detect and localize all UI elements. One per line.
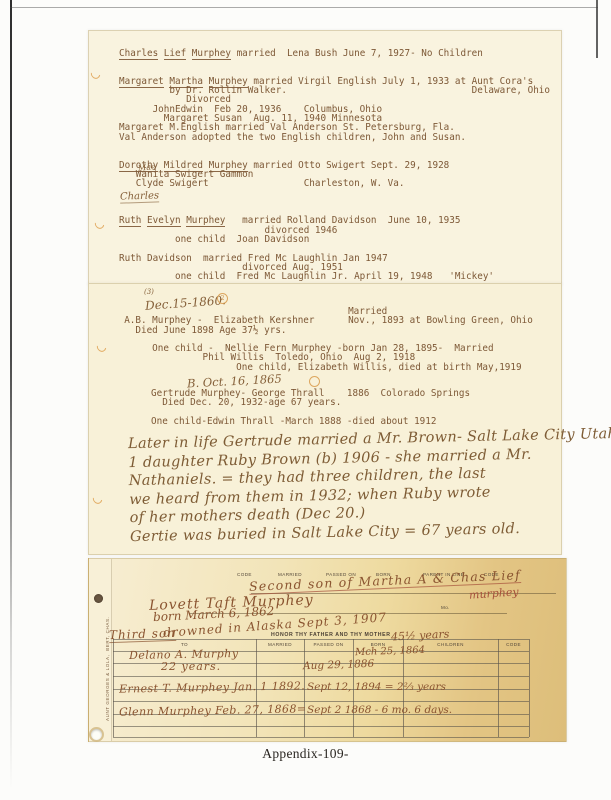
- hole-punch-icon: [94, 594, 103, 603]
- handwritten-superscript: (3): [144, 288, 154, 296]
- smudge-mark-icon: [95, 340, 108, 353]
- table-rule: [529, 639, 530, 737]
- typed-thrall-text: Gertrude Murphey- George Thrall 1886 Col…: [151, 389, 470, 426]
- table-row-ernest-name: Ernest T. Murphey Jan. 1 1892.: [119, 679, 305, 695]
- table-rule: [113, 737, 529, 738]
- scan-border-top: [10, 7, 598, 8]
- text-line: Val Anderson adopted the two English chi…: [119, 133, 550, 142]
- text-line: one child Fred Mc Laughlin Jr. April 19,…: [119, 272, 550, 281]
- index-card-murphey-children: Charles Lief Murphey married Lena Bush J…: [88, 30, 562, 285]
- form-card-lovett-taft-murphey: AUNT GEORGES & LOLA, BERT, CHAS. CODE MA…: [88, 558, 567, 742]
- column-header-passed-on: PASSED ON: [304, 642, 353, 647]
- text-line: Died June 1898 Age 37½ yrs.: [113, 326, 533, 335]
- typed-murphey-kershner-text: Married A.B. Murphey - Elizabeth Kershne…: [113, 307, 533, 372]
- handwritten-third-son: Third son: [109, 626, 176, 643]
- typed-genealogy-text: Charles Lief Murphey married Lena Bush J…: [119, 49, 550, 281]
- table-row-glenn-passed: Sept 2 1868 - 6 mo. 6 days.: [307, 704, 452, 716]
- column-header-married: MARRIED: [256, 642, 304, 647]
- table-rule: [113, 726, 529, 727]
- table-row-delano-born: Mch 25, 1864: [355, 645, 425, 658]
- smudge-mark-icon: [91, 492, 104, 505]
- table-rule: [113, 639, 529, 640]
- circled-number-icon: 2: [217, 293, 228, 304]
- form-motto: HONOR THY FATHER AND THY MOTHER: [271, 632, 391, 638]
- smudge-mark-icon: [93, 217, 106, 230]
- circled-mark-icon: [309, 376, 320, 387]
- scan-border-right: [596, 0, 598, 58]
- text-line: One child-Edwin Thrall -March 1888 -died…: [151, 417, 470, 426]
- handwritten-surname: murphey: [469, 585, 519, 601]
- column-header-code: CODE: [498, 642, 529, 647]
- table-row-ernest-passed: Sept 12, 1894 = 2⅔ years: [307, 681, 446, 693]
- table-rule: [498, 639, 499, 737]
- text-line: one child Joan Davidson: [119, 235, 550, 244]
- text-line: One child, Elizabeth Willis, died at bir…: [113, 363, 533, 372]
- scan-border-left: [10, 0, 12, 790]
- index-card-murphey-kershner-thrall: (3) Dec.15-1860. 2 Married A.B. Murphey …: [88, 283, 562, 555]
- table-row-glenn-name: Glenn Murphey Feb. 27, 1868=: [119, 702, 307, 718]
- table-row-delano-age: 22 years.: [161, 660, 221, 673]
- table-row-delano-passed: Aug 29, 1886: [303, 658, 375, 672]
- hole-punch-icon: [91, 729, 102, 740]
- table-rule: [113, 676, 529, 677]
- table-rule: [113, 639, 114, 737]
- text-line: [119, 188, 550, 197]
- page-footer: Appendix-109-: [0, 746, 611, 762]
- table-rule: [113, 701, 529, 702]
- form-label-code: CODE: [237, 572, 252, 577]
- handwritten-note-mae: Mae: [138, 162, 157, 173]
- form-label-mo: Mo.: [441, 605, 450, 610]
- smudge-mark-icon: [89, 67, 102, 80]
- text-line: [119, 142, 550, 151]
- handwritten-gertrude-story: Later in life Gertrude married a Mr. Bro…: [128, 425, 611, 547]
- text-line: [119, 198, 550, 207]
- scanned-genealogy-page: Charles Lief Murphey married Lena Bush J…: [0, 0, 611, 800]
- text-line: Clyde Swigert Charleston, W. Va.: [119, 179, 550, 188]
- text-line: Died Dec. 20, 1932-age 67 years.: [151, 398, 470, 407]
- text-line: Charles Lief Murphey married Lena Bush J…: [119, 49, 550, 58]
- handwritten-note-charles: Charles: [120, 190, 159, 203]
